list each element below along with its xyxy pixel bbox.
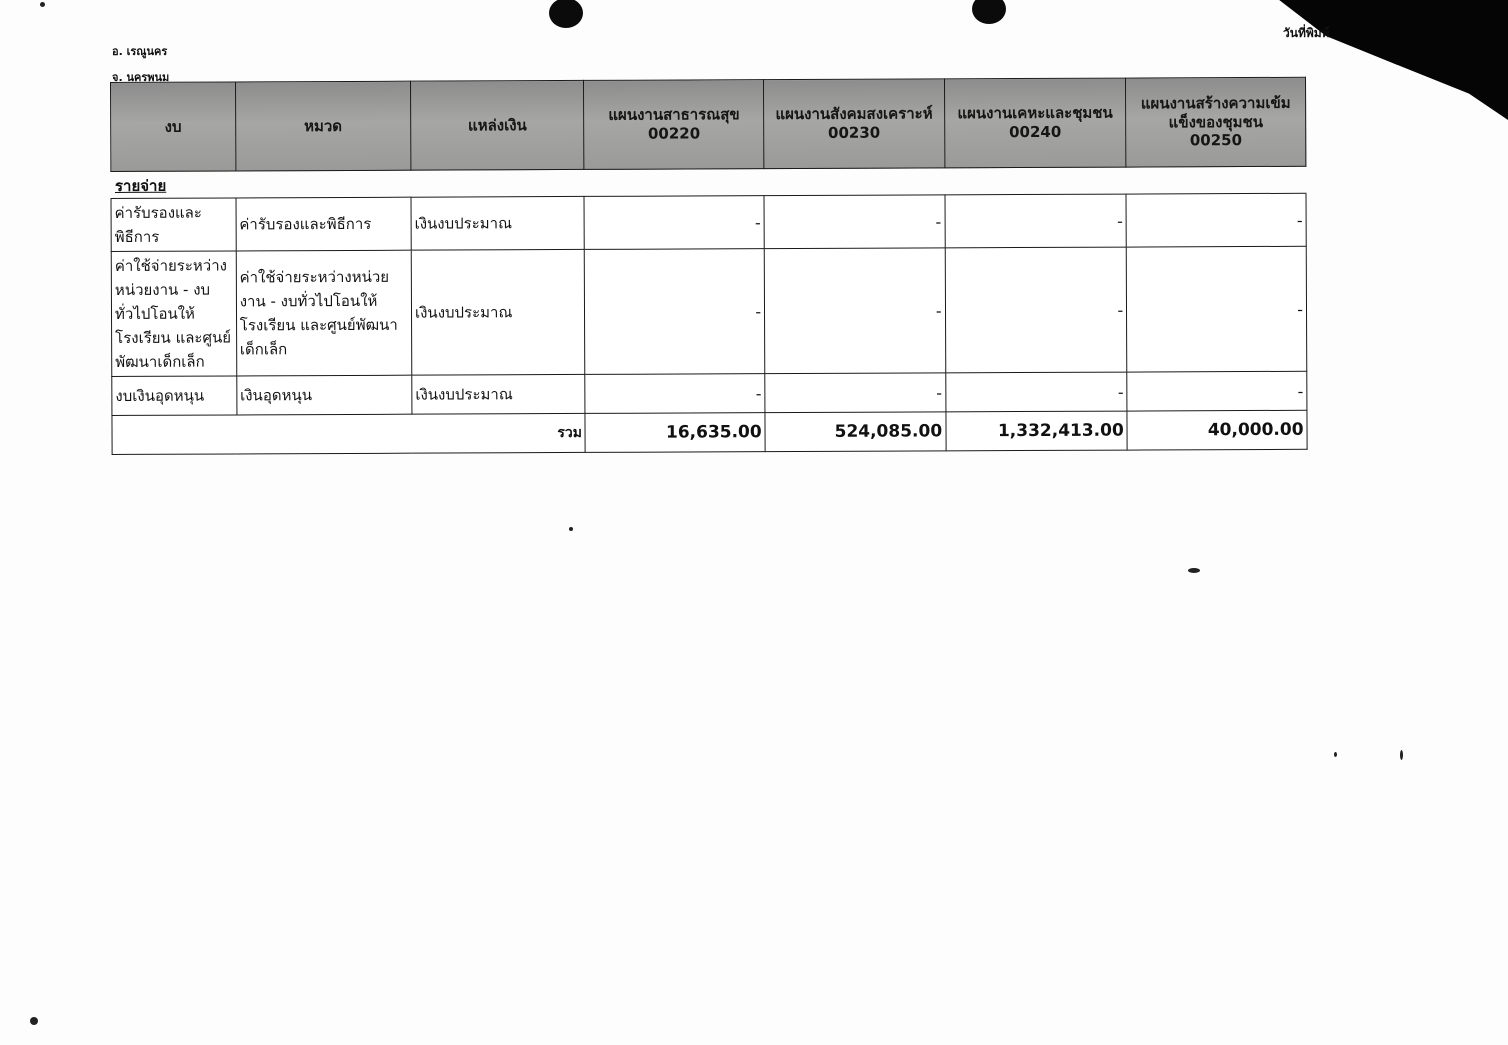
cell-value: -	[764, 195, 945, 249]
cell-value: -	[585, 374, 765, 414]
total-row: รวม 16,635.00 524,085.00 1,332,413.00 40…	[112, 410, 1307, 454]
total-value-00230: 524,085.00	[765, 412, 946, 452]
punch-hole	[972, 0, 1006, 24]
column-header-plan-00230: แผนงานสังคมสงเคราะห์ 00230	[764, 79, 945, 169]
cell-budget: ค่าใช้จ่ายระหว่างหน่วยงาน - งบทั่วไปโอนใ…	[111, 251, 236, 377]
total-value-00240: 1,332,413.00	[946, 411, 1128, 451]
cell-value: -	[584, 196, 764, 250]
table-row: ค่าใช้จ่ายระหว่างหน่วยงาน - งบทั่วไปโอนใ…	[111, 246, 1307, 376]
cell-source: เงินงบประมาณ	[412, 374, 586, 414]
cell-value: -	[945, 372, 1127, 412]
plan-name: แผนงานสาธารณสุข	[589, 105, 760, 124]
plan-name: แผนงานสังคมสงเคราะห์	[768, 105, 940, 124]
cell-source: เงินงบประมาณ	[411, 196, 585, 250]
print-date-label: วันที่พิมพ์	[1283, 24, 1330, 43]
cell-budget: งบเงินอุดหนุน	[112, 376, 237, 416]
cell-value: -	[764, 248, 945, 374]
column-header-source: แหล่งเงิน	[410, 80, 584, 170]
table-row: ค่ารับรองและพิธีการ ค่ารับรองและพิธีการ …	[111, 193, 1306, 251]
plan-name: แผนงานเคหะและชุมชน	[949, 104, 1122, 124]
cell-value: -	[945, 247, 1127, 373]
cell-budget: ค่ารับรองและพิธีการ	[111, 198, 236, 252]
plan-code: 00240	[949, 123, 1122, 143]
cell-category: ค่าใช้จ่ายระหว่างหน่วยงาน - งบทั่วไปโอนใ…	[236, 250, 412, 376]
cell-value: -	[585, 249, 765, 375]
scan-speck	[40, 2, 45, 7]
plan-code: 00230	[768, 123, 940, 142]
plan-name: แผนงานสร้างความเข้มแข็งของชุมชน	[1130, 94, 1301, 132]
cell-category: ค่ารับรองและพิธีการ	[236, 197, 411, 251]
total-value-00220: 16,635.00	[585, 413, 765, 453]
column-header-plan-00240: แผนงานเคหะและชุมชน 00240	[944, 78, 1126, 168]
plan-code: 00250	[1130, 131, 1301, 150]
cell-value: -	[1126, 193, 1306, 247]
punch-hole	[549, 0, 583, 28]
table-row: งบเงินอุดหนุน เงินอุดหนุน เงินงบประมาณ -…	[112, 371, 1307, 415]
total-label: รวม	[112, 413, 586, 454]
total-value-00250: 40,000.00	[1127, 410, 1307, 450]
cell-value: -	[945, 194, 1127, 248]
district-label: อ. เรณูนคร	[112, 42, 167, 60]
cell-value: -	[765, 373, 946, 413]
budget-table: งบ หมวด แหล่งเงิน แผนงานสาธารณสุข 00220 …	[110, 77, 1308, 455]
cell-category: เงินอุดหนุน	[237, 375, 412, 415]
scan-speck	[1334, 752, 1337, 757]
cell-source: เงินงบประมาณ	[411, 249, 585, 375]
column-header-plan-00220: แผนงานสาธารณสุข 00220	[584, 80, 764, 170]
table-header-row: งบ หมวด แหล่งเงิน แผนงานสาธารณสุข 00220 …	[111, 77, 1306, 171]
scan-speck	[30, 1017, 38, 1025]
column-header-category: หมวด	[235, 81, 411, 171]
scan-speck	[569, 527, 573, 531]
scan-speck	[1400, 750, 1403, 760]
cell-value: -	[1126, 246, 1306, 372]
column-header-budget: งบ	[111, 82, 236, 172]
column-header-plan-00250: แผนงานสร้างความเข้มแข็งของชุมชน 00250	[1126, 77, 1306, 167]
cell-value: -	[1127, 371, 1307, 411]
scan-speck	[1188, 568, 1200, 573]
plan-code: 00220	[589, 124, 760, 143]
